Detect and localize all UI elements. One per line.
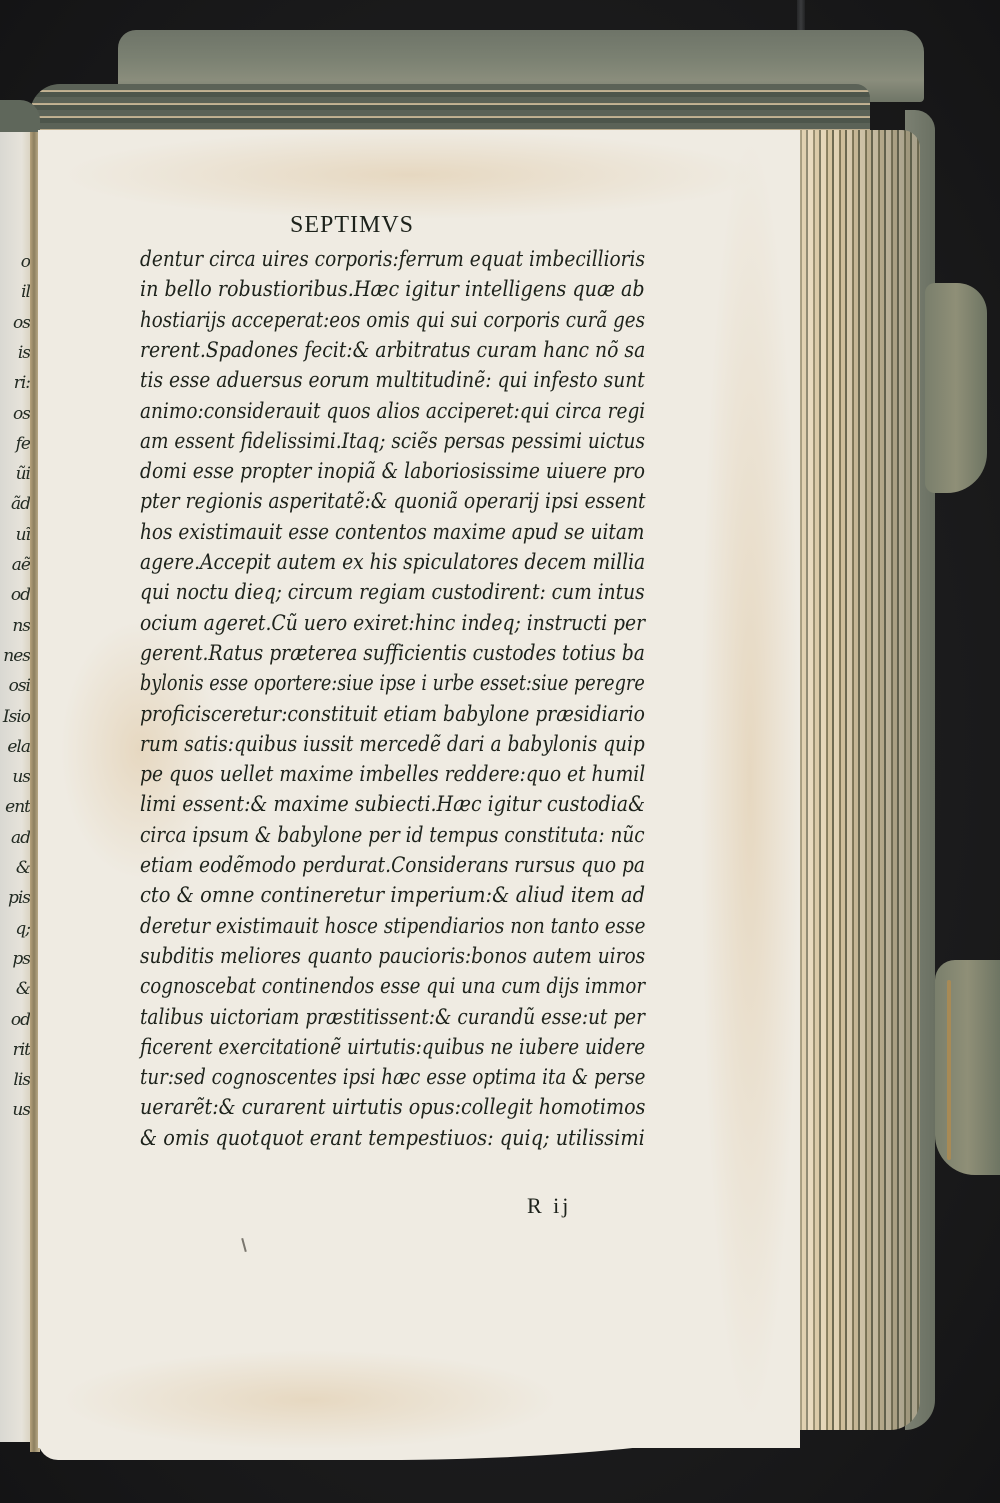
left-page-text-fragment: osi (0, 676, 30, 696)
text-line: domi esse propter inopiã & laboriosissim… (140, 459, 645, 485)
text-line: cognoscebat continendos esse qui una cum… (140, 974, 645, 1000)
left-page-text-fragment: fe (0, 434, 30, 454)
left-page-text-fragment: us (0, 767, 30, 787)
text-line: hostiarijs acceperat:eos omis qui sui co… (140, 308, 645, 334)
left-page-text-fragment: ad (0, 828, 30, 848)
text-line: rum satis:quibus iussit mercedẽ dari a b… (140, 732, 645, 758)
left-page-text-fragment: o (0, 252, 30, 272)
left-page-text-fragment: ps (0, 949, 30, 969)
left-page-text-fragment: ela (0, 737, 30, 757)
left-page-text-fragment: pis (0, 888, 30, 908)
left-page-text-fragment: ri: (0, 373, 30, 393)
text-line: ocium ageret.Cũ uero exiret:hinc indeq; … (140, 611, 645, 637)
left-page-text-fragment: q; (0, 919, 30, 939)
text-line: gerent.Ratus præterea sufficientis custo… (140, 641, 645, 667)
text-line: pe quos uellet maxime imbelles reddere:q… (140, 762, 645, 788)
left-page-text-fragment: & (0, 858, 30, 878)
left-page-text-fragment: ãd (0, 494, 30, 514)
text-line: deretur existimauit hosce stipendiarios … (140, 914, 645, 940)
text-line: pter regionis asperitatẽ:& quoniã operar… (140, 489, 646, 515)
clasp-tie-bottom (935, 960, 1000, 1175)
left-page-text-fragment: ent (0, 797, 30, 817)
text-line: hos existimauit esse contentos maxime ap… (140, 520, 644, 546)
left-page-text-fragment: Isio (0, 707, 30, 727)
left-page-text-fragment: us (0, 1100, 30, 1120)
text-line: talibus uictoriam præstitissent:& curand… (140, 1005, 645, 1031)
left-page-text-fragment: rit (0, 1040, 30, 1060)
left-page-text-fragment: uĩ (0, 525, 30, 545)
text-line: bylonis esse oportere:siue ipse i urbe e… (140, 671, 645, 697)
text-line: proficisceretur:constituit etiam babylon… (140, 702, 645, 728)
text-line: rerent.Spadones fecit:& arbitratus curam… (140, 338, 645, 364)
text-line: limi essent:& maxime subiecti.Hæc igitur… (140, 792, 645, 818)
left-page-text-fragment: os (0, 313, 30, 333)
signature-mark: R ij (527, 1193, 571, 1219)
left-page-text-fragment: is (0, 343, 30, 363)
text-line: circa ipsum & babylone per id tempus con… (140, 823, 645, 849)
left-page-text-fragment: od (0, 1010, 30, 1030)
left-page-text-fragment: od (0, 585, 30, 605)
text-line: cto & omne contineretur imperium:& aliud… (140, 883, 645, 909)
text-line: agere.Accepit autem ex his spiculatores … (140, 550, 645, 576)
text-line: tur:sed cognoscentes ipsi hæc esse optim… (140, 1065, 645, 1091)
left-page-text-fragment: il (0, 282, 30, 302)
text-line: ficerent exercitationẽ uirtutis:quibus n… (140, 1035, 645, 1061)
text-line: animo:considerauit quos alios acciperet:… (140, 399, 645, 425)
text-line: qui noctu dieq; circum regiam custodiren… (140, 580, 645, 606)
left-page-text-fragment: lis (0, 1070, 30, 1090)
left-page-text-fragment: ũi (0, 464, 30, 484)
water-stain-right (700, 130, 800, 1430)
text-line: etiam eodẽmodo perdurat.Considerans rurs… (140, 853, 645, 879)
left-page-text-fragment: & (0, 979, 30, 999)
water-stain-bottom (60, 1350, 560, 1450)
text-line: tis esse aduersus eorum multitudinẽ: qui… (140, 368, 645, 394)
text-line: am essent fidelissimi.Itaq; sciẽs persas… (140, 429, 645, 455)
text-line: dentur circa uires corporis:ferrum equat… (140, 247, 645, 273)
left-page-text-fragment: ns (0, 616, 30, 636)
left-page-text-fragment: nes (0, 646, 30, 666)
left-page-text-fragment: os (0, 404, 30, 424)
fore-edge-shading (795, 130, 920, 1430)
water-stain-top (60, 130, 760, 220)
text-line: in bello robustioribus.Hæc igitur intell… (140, 277, 645, 303)
running-head: SEPTIMVS (290, 212, 414, 239)
clasp-tie-top (925, 283, 987, 493)
text-line: & omis quotquot erant tempestiuos: quiq;… (140, 1126, 645, 1152)
left-page-text-fragment: aẽ (0, 555, 30, 575)
text-line: subditis meliores quanto paucioris:bonos… (140, 944, 645, 970)
book-top-page-edges (30, 84, 870, 136)
text-line: uerarẽt:& curarent uirtutis opus:collegi… (140, 1095, 645, 1121)
